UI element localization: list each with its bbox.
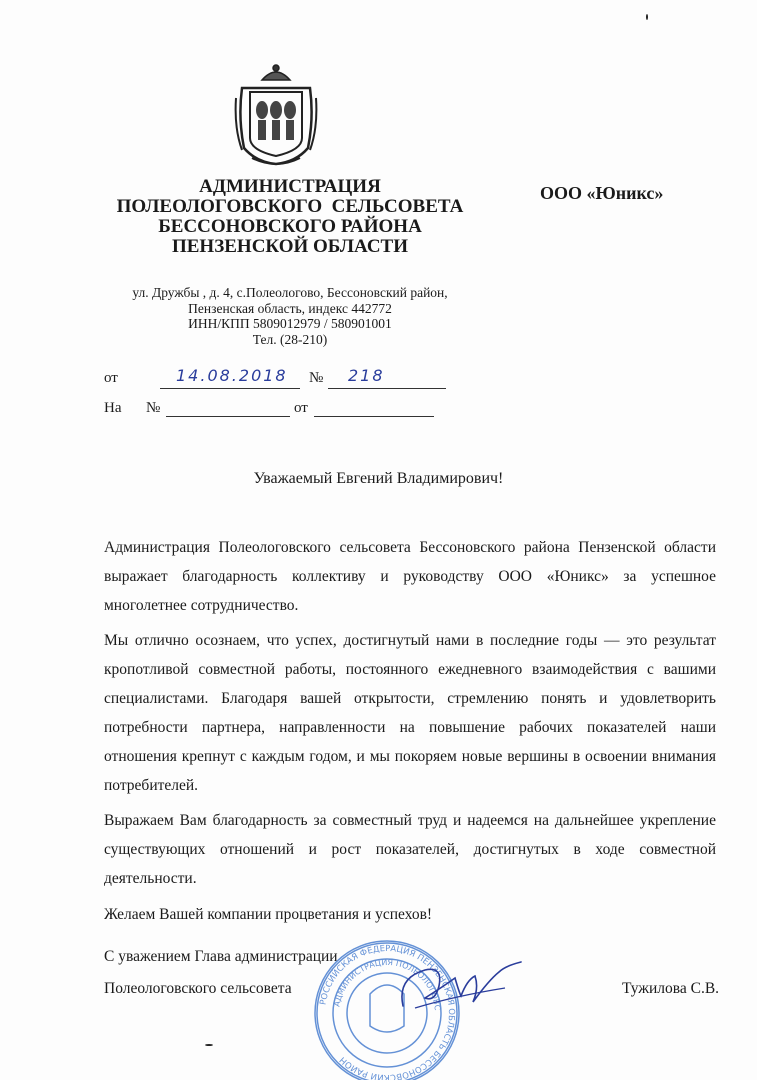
number-label: № bbox=[309, 370, 323, 387]
from-label: от bbox=[104, 370, 118, 387]
from-label: от bbox=[294, 400, 308, 417]
body-paragraph: Администрация Полеологовского сельсовета… bbox=[104, 533, 716, 620]
closing-line: С уважением Глава администрации bbox=[104, 948, 338, 966]
recipient: ООО «Юникс» bbox=[540, 183, 663, 204]
organization-name: АДМИНИСТРАЦИЯ ПОЛЕОЛОГОВСКОГО СЕЛЬСОВЕТА… bbox=[100, 177, 480, 257]
closing-title: Полеологовского сельсовета bbox=[104, 980, 292, 998]
address-block: ул. Дружбы , д. 4, с.Полеологово, Бессон… bbox=[100, 285, 480, 347]
coat-of-arms-icon bbox=[232, 58, 320, 170]
address-line: Тел. (28-210) bbox=[100, 332, 480, 348]
incoming-reference: На № от bbox=[104, 398, 444, 420]
number-field-line bbox=[328, 388, 446, 389]
greeting: Уважаемый Евгений Владимирович! bbox=[0, 470, 757, 488]
body-paragraph: Желаем Вашей компании процветания и успе… bbox=[104, 900, 716, 929]
org-line: ПЕНЗЕНСКОЙ ОБЛАСТИ bbox=[100, 237, 480, 257]
incoming-number-line bbox=[166, 416, 290, 417]
number-label: № bbox=[146, 400, 160, 417]
signer-name: Тужилова С.В. bbox=[622, 980, 719, 998]
scan-speck bbox=[646, 14, 648, 20]
org-line: ПОЛЕОЛОГОВСКОГО СЕЛЬСОВЕТА bbox=[100, 197, 480, 217]
address-line: ИНН/КПП 5809012979 / 580901001 bbox=[100, 316, 480, 332]
address-line: ул. Дружбы , д. 4, с.Полеологово, Бессон… bbox=[100, 285, 480, 301]
outgoing-number: 218 bbox=[348, 366, 385, 385]
address-line: Пензенская область, индекс 442772 bbox=[100, 301, 480, 317]
incoming-date-line bbox=[314, 416, 434, 417]
handwritten-signature-icon bbox=[395, 958, 525, 1018]
body-paragraph: Выражаем Вам благодарность за совместный… bbox=[104, 806, 716, 893]
date-field-line bbox=[160, 388, 300, 389]
body-paragraph: Мы отлично осознаем, что успех, достигну… bbox=[104, 626, 716, 800]
org-line: АДМИНИСТРАЦИЯ bbox=[100, 177, 480, 197]
org-line: БЕССОНОВСКОГО РАЙОНА bbox=[100, 217, 480, 237]
outgoing-date: 14.08.2018 bbox=[176, 366, 288, 385]
scan-speck bbox=[205, 1044, 213, 1046]
to-label: На bbox=[104, 400, 122, 417]
outgoing-reference: от 14.08.2018 № 218 bbox=[104, 368, 444, 390]
